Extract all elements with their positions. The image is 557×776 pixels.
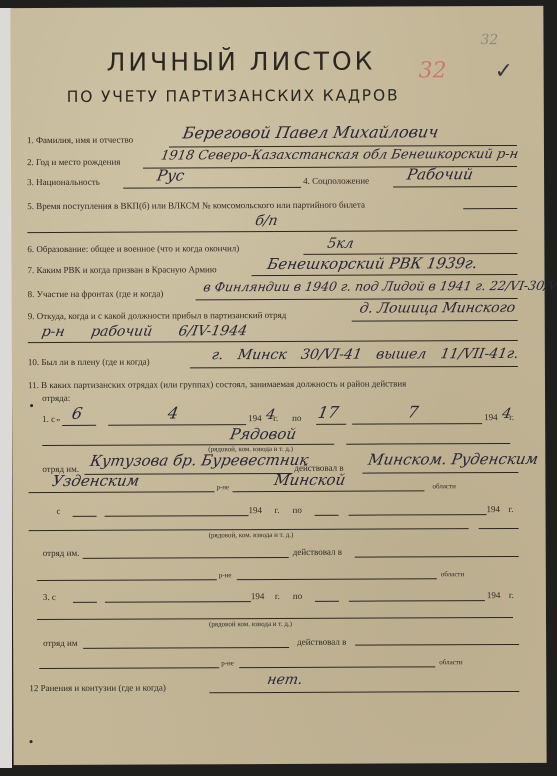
entry-1-quote: „ bbox=[56, 412, 60, 422]
entry-1-from-day: 6 bbox=[70, 404, 83, 423]
field-7-label: 7. Каким РВК и когда призван в Красную А… bbox=[27, 264, 216, 275]
red-page-number: 32 bbox=[419, 58, 447, 83]
field-12-value: нет. bbox=[266, 672, 304, 688]
field-9-value-line1: д. Лошица Минского bbox=[358, 300, 516, 317]
field-12-label: 12 Ранения и контузии (где и когда) bbox=[29, 682, 166, 693]
field-4-label: 4. Соцположение bbox=[303, 176, 369, 186]
field-4-value: Рабочий bbox=[406, 165, 475, 183]
field-11-label: 11. В каких партизанских отрядах (или гр… bbox=[28, 378, 406, 390]
entry-1-from-month: 4 bbox=[166, 403, 179, 422]
field-7-value: Бенешкорский РВК 1939г. bbox=[266, 254, 479, 273]
field-5-value: б/п bbox=[254, 213, 279, 229]
field-6-value: 5кл bbox=[326, 236, 355, 252]
field-8-value: в Финляндии в 1940 г. под Лидой в 1941 г… bbox=[202, 278, 557, 295]
entry-2-unit-label: отряд им. bbox=[43, 548, 80, 558]
entry-1-position: Рядовой bbox=[229, 425, 298, 443]
entry-2-acted-label: действовал в bbox=[293, 547, 342, 557]
entry-1-region-label: области bbox=[432, 482, 455, 490]
field-11-label-cont: отряда: bbox=[42, 393, 70, 403]
entry-1-num: 1. с bbox=[42, 414, 55, 424]
entry-2-rayon-label: р-не bbox=[219, 571, 232, 579]
pencil-page-number: 32 bbox=[480, 32, 498, 48]
entry-3-region-label: области bbox=[439, 658, 462, 666]
entry-2-position-hint: (рядовой, ком. взвода и т. д.) bbox=[209, 531, 294, 539]
entry-3-to-year-prefix: 194 bbox=[487, 590, 501, 600]
field-5-label: 5. Время поступления в ВКП(б) или ВЛКСМ … bbox=[27, 200, 365, 211]
field-3-label: 3. Национальность bbox=[27, 177, 100, 187]
entry-1-region: Минской bbox=[273, 471, 347, 489]
field-6-label: 6. Образование: общее и военное (что и к… bbox=[27, 243, 239, 254]
field-2-value: 1918 Северо-Казахстанская обл Бенешкорск… bbox=[160, 147, 520, 164]
paper-speck bbox=[30, 740, 33, 743]
document-page: ЛИЧНЫЙ ЛИСТОК ПО УЧЕТУ ПАРТИЗАНСКИХ КАДР… bbox=[10, 6, 546, 765]
entry-3-unit-label: отряд им bbox=[43, 638, 77, 648]
field-3-value: Рус bbox=[156, 166, 186, 184]
entry-3-acted-label: действовал в bbox=[297, 637, 346, 647]
field-9-value-line2: р-н рабочий 6/IV-1944 bbox=[40, 323, 248, 340]
field-2-label: 2. Год и место рождения bbox=[27, 157, 120, 167]
entry-2-to-year-prefix: 194 bbox=[487, 504, 501, 514]
field-10-label: 10. Был ли в плену (где и когда) bbox=[28, 357, 150, 368]
checkmark-icon: ✓ bbox=[495, 58, 514, 84]
detachment-entry-3: 3. с 194 г. по 194 г. (рядовой ком. взво… bbox=[10, 6, 543, 8]
detachment-entry-1: 1. с „ 6 4 194 4 г. по 17 7 194 4 г. Ряд… bbox=[10, 6, 543, 8]
entry-3-to-year-suffix: г. bbox=[509, 590, 514, 600]
field-8-label: 8. Участие на фронтах (где и когда) bbox=[28, 289, 164, 300]
entry-1-from-year-prefix: 194 bbox=[248, 413, 262, 423]
entry-1-to-month: 7 bbox=[406, 402, 419, 421]
entry-3-to-label: по bbox=[293, 591, 302, 601]
document-subtitle: ПО УЧЕТУ ПАРТИЗАНСКИХ КАДРОВ bbox=[67, 86, 400, 105]
entry-1-to-day: 17 bbox=[316, 403, 340, 422]
entry-1-unit: Кутузова бр. Буревестник bbox=[89, 451, 310, 470]
entry-1-to-year-prefix: 194 bbox=[484, 412, 498, 422]
entry-1-district: Минском. Руденским bbox=[367, 450, 540, 469]
entry-3-from-year-suffix: г. bbox=[275, 591, 280, 601]
entry-2-from-year-suffix: г. bbox=[275, 505, 280, 515]
field-10-value: г. Минск 30/VI-41 вышел 11/VII-41г. bbox=[210, 346, 519, 363]
entry-3-from-year-prefix: 194 bbox=[251, 591, 265, 601]
entry-3-position-hint: (рядовой ком. взвода и т. д.) bbox=[209, 620, 292, 628]
entry-1-to-year-suffix: г. bbox=[509, 412, 514, 422]
entry-2-to-year-suffix: г. bbox=[509, 504, 514, 514]
field-1-value: Береговой Павел Михайлович bbox=[181, 122, 440, 142]
entry-2-from-year-prefix: 194 bbox=[249, 505, 263, 515]
entry-1-year-suffix: г. bbox=[273, 413, 278, 423]
entry-2-num: с bbox=[57, 506, 61, 516]
entry-3-num: 3. с bbox=[43, 592, 56, 602]
field-9-label: 9. Откуда, когда и с какой должности при… bbox=[28, 310, 287, 321]
entry-3-rayon-label: р-не bbox=[221, 659, 234, 667]
entry-2-to-label: по bbox=[293, 505, 302, 515]
entry-1-district2: Узденским bbox=[51, 472, 141, 490]
field-1-label: 1. Фамилия, имя и отчество bbox=[27, 135, 133, 145]
entry-1-rayon-label: р-не bbox=[216, 483, 229, 491]
detachment-entry-2: с 194 г. по 194 г. (рядовой, ком. взвода… bbox=[10, 6, 543, 8]
entry-1-to-label: по bbox=[292, 413, 301, 423]
entry-2-region-label: области bbox=[441, 570, 464, 578]
paper-speck bbox=[30, 404, 33, 407]
document-title: ЛИЧНЫЙ ЛИСТОК bbox=[107, 47, 376, 77]
